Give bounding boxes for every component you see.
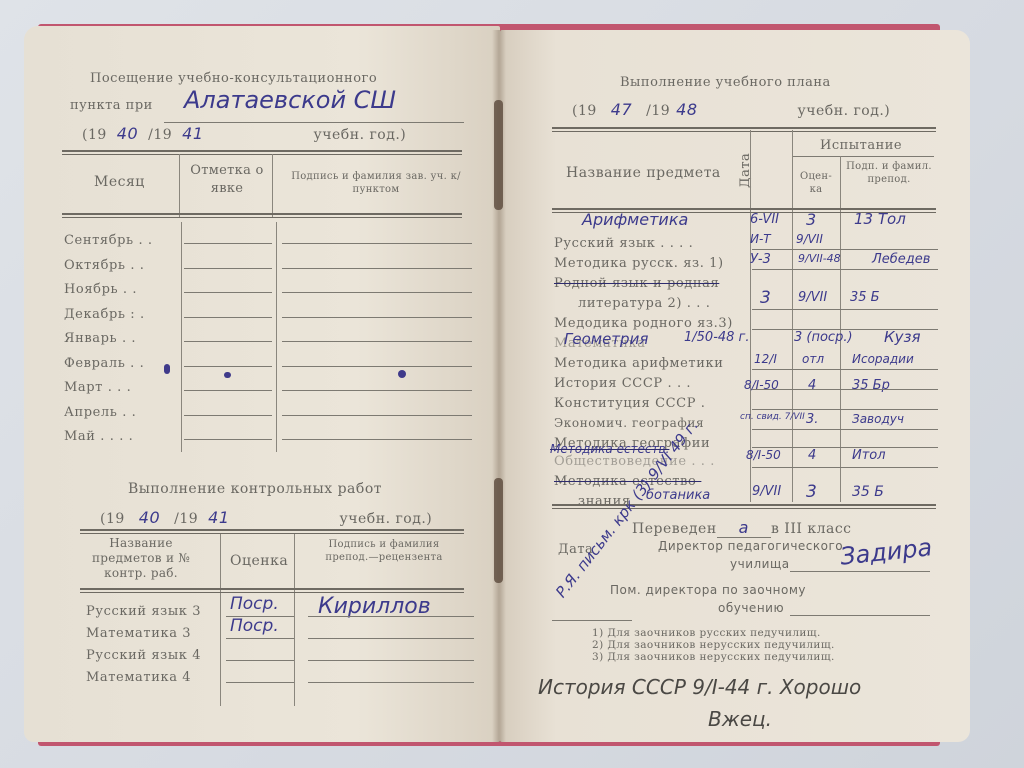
column-header-exam: Испытание [820, 138, 902, 153]
year-suffix: учебн. год.) [314, 127, 407, 143]
teacher-sign: Итол [852, 448, 886, 463]
date-line [552, 620, 632, 621]
month-row: Октябрь . . [64, 254, 474, 279]
rule [80, 529, 464, 534]
column-header-subject: Название предмета [566, 165, 721, 181]
month-row: Апрель . . [64, 401, 474, 426]
month-row: Май . . . . [64, 425, 474, 450]
subject-label: Родной язык и родная [554, 276, 719, 291]
consultation-title-line2-prefix: пункта при [70, 98, 153, 113]
subject-label: Методика русск. яз. 1) [554, 256, 724, 271]
left-page: Посещение учебно-консультационного пункт… [24, 26, 500, 742]
grade-value: 3 [806, 482, 817, 502]
date-value: У-3 [750, 252, 771, 267]
year-sep: /19 [148, 127, 172, 143]
consultation-school-handwritten: Алатаевской СШ [184, 86, 396, 114]
subject-label: Русский язык 4 [86, 648, 201, 663]
plan-title: Выполнение учебного плана [620, 75, 831, 90]
grade-value: 4 [808, 378, 816, 393]
year-to: 41 [198, 508, 339, 527]
column-header-teacher-sign: Подп. и фамил. препод. [844, 160, 934, 186]
rule [62, 150, 462, 155]
month-row: Март . . . [64, 376, 474, 401]
date-value: 6-VII [750, 212, 779, 227]
grade-value: 3. [806, 412, 818, 427]
ink-blot [398, 370, 406, 378]
month-label: Ноябрь . . [64, 282, 137, 297]
subject-label: Математика 3 [86, 626, 191, 641]
year-from: 40 [125, 508, 174, 527]
year-open: (19 [100, 511, 125, 527]
teacher-sign: 35 Б [850, 290, 880, 305]
grade-value: 4 [808, 448, 816, 463]
grade-value: отл [802, 352, 824, 366]
divider [179, 154, 180, 218]
signature-line [790, 571, 930, 572]
month-label: Апрель . . [64, 405, 136, 420]
table-row: МатематикаГеометрия1/50-48 г.3 (поср.)Ку… [554, 332, 944, 352]
plan-year: (1947/1948учебн. год.) [572, 100, 890, 119]
month-row: Февраль . . [64, 352, 474, 377]
underline [164, 122, 464, 123]
transferred-handwritten: а [717, 518, 771, 538]
grade-value: 9/VII [796, 232, 823, 246]
transferred-line: Переведенав III класс [632, 518, 852, 537]
table-row: Арифметика6-VII313 Тол [554, 212, 944, 232]
transferred-class: в III класс [771, 521, 852, 537]
year-sep: /19 [646, 103, 670, 119]
months-list: Сентябрь . . Октябрь . . Ноябрь . . Дека… [64, 229, 474, 450]
table-row: Математика 3 Поср. [86, 622, 466, 644]
column-header-attendance: Отметка о явке [182, 162, 272, 198]
subject-label: литература 2) . . . [554, 296, 710, 311]
table-row: Русский язык . . . .И-Т9/VII [554, 232, 944, 252]
grade-value: 9/VII-48 [798, 252, 841, 265]
year-sep: /19 [174, 511, 198, 527]
date-value: сп. свид. 7/VII [740, 412, 805, 422]
month-label: Февраль . . [64, 356, 144, 371]
column-header-signature: Подпись и фамилия зав. уч. к/пунктом [286, 170, 466, 196]
director-label-line2: училища [730, 557, 790, 571]
table-row: Математика 4 [86, 666, 466, 688]
grade-value: 3 (поср.) [794, 330, 853, 345]
deputy-label-line1: Пом. директора по заочному [610, 583, 806, 597]
date-value: 9/VII [752, 484, 781, 499]
year-to: 48 [670, 100, 797, 119]
table-row: История СССР . . .8/I-50435 Бр [554, 372, 944, 392]
column-header-reviewer: Подпись и фамилия препод.—рецензента [309, 538, 459, 564]
teacher-sign: Кузя [884, 328, 921, 346]
plan-rows: Арифметика6-VII313 Тол Русский язык . . … [554, 212, 944, 510]
bottom-note-line2: Вжец. [708, 707, 772, 731]
consultation-year: (1940/1941учебн. год.) [82, 124, 406, 143]
staple [494, 478, 503, 583]
rule [792, 156, 934, 157]
deputy-label-line2: обучению [718, 601, 784, 615]
bottom-note-line1: История СССР 9/I-44 г. Хорошо [538, 675, 861, 699]
rule [552, 127, 936, 132]
teacher-sign: Заводуч [852, 412, 904, 426]
ink-blot [164, 364, 170, 374]
month-row: Сентябрь . . [64, 229, 474, 254]
subject-label: Русский язык . . . . [554, 236, 693, 251]
table-row: Родной язык и родная [554, 272, 944, 292]
consultation-title-line1: Посещение учебно-консультационного [90, 71, 377, 86]
signature-line [790, 615, 930, 616]
grade-value: Поср. [230, 594, 279, 614]
month-label: Март . . . [64, 380, 131, 395]
grade-value: 9/VII [798, 290, 827, 305]
subject-handwritten: Методика естеств. [550, 442, 669, 456]
subject-label: История СССР . . . [554, 376, 691, 391]
teacher-sign: Исорадии [852, 352, 914, 366]
date-value: 3 [760, 288, 771, 308]
subject-text: Методика естество- [554, 474, 701, 489]
year-to: 41 [172, 124, 313, 143]
rule [80, 588, 464, 593]
subject-handwritten: Арифметика [582, 210, 688, 229]
subject-label: Методика арифметики [554, 356, 723, 371]
table-row: Конституция СССР . [554, 392, 944, 412]
subject-label: Медодика родного яз.3) [554, 316, 733, 331]
month-label: Октябрь . . [64, 258, 145, 273]
month-label: Май . . . . [64, 429, 133, 444]
month-row: Январь . . [64, 327, 474, 352]
control-works-year: (1940/1941учебн. год.) [100, 508, 432, 527]
footnote-3: 3) Для заочников нерусских педучилищ. [592, 651, 835, 663]
subject-handwritten: Геометрия [564, 330, 648, 348]
month-label: Январь . . [64, 331, 136, 346]
month-label: Сентябрь . . [64, 233, 153, 248]
table-row: Экономич. географиясп. свид. 7/VII3.Заво… [554, 412, 944, 432]
footnotes: 1) Для заочников русских педучилищ. 2) Д… [592, 627, 835, 663]
teacher-sign: Лебедев [872, 252, 930, 267]
teacher-sign: 35 Б [852, 484, 884, 500]
teacher-sign: 35 Бр [852, 378, 890, 393]
grade-value: 3 [806, 210, 816, 229]
subject-label: Обществоведение . . . [554, 454, 715, 469]
month-row: Ноябрь . . [64, 278, 474, 303]
control-works-title: Выполнение контрольных работ [128, 481, 382, 497]
month-label: Декабрь : . [64, 307, 145, 322]
subject-label: Методика естество- [554, 474, 701, 489]
year-open: (19 [572, 103, 597, 119]
column-header-month: Месяц [94, 174, 145, 190]
ink-blot [224, 372, 231, 378]
grade-value: Поср. [230, 616, 279, 636]
table-row: Методика арифметики12/IотлИсорадии [554, 352, 944, 372]
table-row: литература 2) . . .39/VII35 Б [554, 292, 944, 312]
date-value: 8/I-50 [746, 448, 781, 462]
table-row: Методика русск. яз. 1)У-39/VII-48Лебедев [554, 252, 944, 272]
footnote-1: 1) Для заочников русских педучилищ. [592, 627, 835, 639]
column-header-subject: Название предметов и № контр. раб. [86, 536, 196, 581]
director-signature: Задира [839, 533, 934, 570]
divider [272, 154, 273, 218]
column-header-grade: Оцен-ка [794, 170, 838, 196]
staple [494, 100, 503, 210]
year-suffix: учебн. год.) [340, 511, 433, 527]
date-value: И-Т [750, 232, 771, 246]
table-row: Обществоведение . . .Методика естеств.8/… [554, 450, 944, 470]
director-label-line1: Директор педагогического [658, 539, 843, 553]
rule [552, 504, 936, 509]
teacher-sign: 13 Тол [854, 210, 906, 228]
right-page: Выполнение учебного плана (1947/1948учеб… [500, 30, 970, 742]
month-row: Декабрь : . [64, 303, 474, 328]
year-from: 40 [107, 124, 148, 143]
control-works-rows: Русский язык 3 Поср. Кириллов Математика… [86, 600, 466, 688]
subject-label: Математика 4 [86, 670, 191, 685]
date-value: 12/I [754, 352, 777, 366]
transferred-label: Переведен [632, 521, 717, 537]
year-open: (19 [82, 127, 107, 143]
footnote-2: 2) Для заочников нерусских педучилищ. [592, 639, 835, 651]
subject-handwritten: ботаника [646, 488, 710, 503]
table-row: Русский язык 4 [86, 644, 466, 666]
rule [62, 213, 462, 218]
year-from: 47 [597, 100, 646, 119]
date-value: 1/50-48 г. [684, 330, 750, 345]
column-header-grade: Оценка [230, 553, 288, 569]
subject-label: Конституция СССР . [554, 396, 706, 411]
subject-label: Русский язык 3 [86, 604, 201, 619]
table-row: Методика естество- [554, 470, 944, 490]
year-suffix: учебн. год.) [798, 103, 891, 119]
